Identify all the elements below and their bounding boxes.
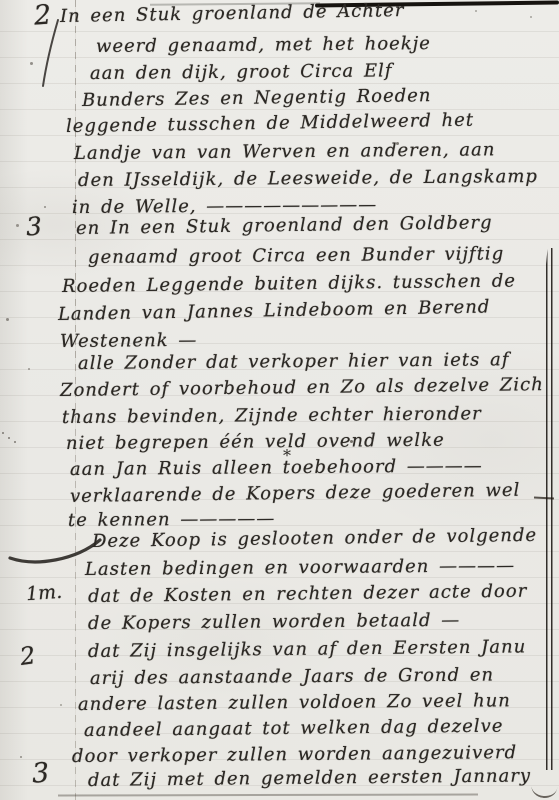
ink-speck <box>28 368 30 370</box>
manuscript-line: In een Stuk groenland de Achter <box>60 0 405 27</box>
manuscript-line: Zondert of voorbehoud en Zo als dezelve … <box>60 374 544 401</box>
insertion-mark: * <box>283 446 291 465</box>
ink-speck <box>20 756 22 758</box>
manuscript-line: aan Jan Ruis alleen toebehoord ———— <box>70 455 483 480</box>
manuscript-page: 2 3 1m. 2 3 In een Stuk groenland de Ach… <box>0 0 559 800</box>
manuscript-line: te kennen ————— <box>68 508 276 531</box>
ink-speck <box>44 206 46 208</box>
ink-speck <box>14 441 16 443</box>
ink-speck <box>60 704 62 706</box>
pen-tail-icon <box>40 18 62 90</box>
manuscript-line: verklaarende de Kopers deze goederen wel <box>70 480 521 507</box>
manuscript-line: thans bevinden, Zijnde echter hieronder <box>62 403 482 428</box>
ink-speck <box>475 10 477 12</box>
pen-flourish-icon <box>6 534 102 568</box>
manuscript-line: de Kopers zullen worden betaald — <box>88 610 460 634</box>
manuscript-line: aandeel aangaat tot welken dag dezelve <box>84 716 504 741</box>
manuscript-line: niet begrepen één veld ovend welke <box>66 430 445 454</box>
ink-speck <box>396 142 399 145</box>
manuscript-line: genaamd groot Circa een Bunder vijftig <box>88 243 504 268</box>
manuscript-line: weerd genaamd, met het hoekje <box>96 33 431 57</box>
manuscript-line: dat Zij insgelijks van af den Eersten Ja… <box>88 636 526 662</box>
ink-speck <box>30 62 33 65</box>
manuscript-line: andere lasten zullen voldoen Zo veel hun <box>78 690 511 715</box>
manuscript-line: Lasten bedingen en voorwaarden ———— <box>85 555 515 580</box>
manuscript-line: Landje van van Werven en anderen, aan <box>74 139 496 164</box>
page-corner-curl <box>530 783 557 799</box>
margin-number: 1m. <box>25 581 63 605</box>
manuscript-line: door verkoper zullen worden aangezuiverd <box>72 742 517 767</box>
manuscript-line: aan den dijk, groot Circa Elf <box>90 60 393 84</box>
manuscript-line: dat de Kosten en rechten dezer acte door <box>88 581 528 607</box>
binding-crease <box>544 248 556 770</box>
ink-speck <box>6 318 9 321</box>
manuscript-line: den IJsseldijk, de Leesweide, de Langska… <box>78 166 538 191</box>
manuscript-line: arij des aanstaande Jaars de Grond en <box>90 664 494 689</box>
margin-number: 2 <box>18 641 37 671</box>
manuscript-line: alle Zonder dat verkoper hier van iets a… <box>78 349 510 374</box>
ink-speck <box>16 224 19 227</box>
ink-speck <box>350 440 353 443</box>
margin-number: 3 <box>31 757 50 789</box>
manuscript-line: Roeden Leggende buiten dijks. tusschen d… <box>62 270 516 297</box>
manuscript-line: Landen van Jannes Lindeboom en Berend <box>58 296 491 325</box>
manuscript-line: en In een Stuk groenland den Goldberg <box>76 212 493 239</box>
ink-speck <box>2 432 4 434</box>
margin-number: 3 <box>25 211 43 241</box>
ink-speck <box>8 437 10 439</box>
ink-speck <box>530 16 532 18</box>
scan-edge-line-bottom <box>58 793 478 796</box>
manuscript-line: leggende tusschen de Middelweerd het <box>66 110 474 137</box>
manuscript-line: Westenenk — <box>60 330 197 352</box>
manuscript-line: Bunders Zes en Negentig Roeden <box>82 85 432 111</box>
manuscript-line: dat Zij met den gemelden eersten Jannary <box>88 765 531 791</box>
